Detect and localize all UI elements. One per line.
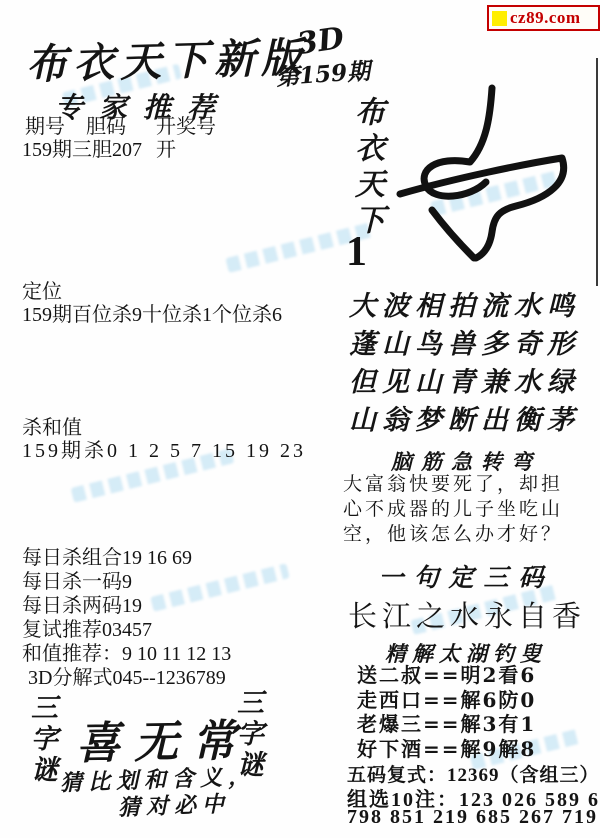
page-title: 布衣天下新版 <box>25 24 308 90</box>
one-sentence-heading: 一句定三码 <box>352 558 580 594</box>
group-select-line2: 798 851 219 685 267 719 <box>347 806 598 829</box>
taihu-line: 送二叔==明2看6 <box>357 663 536 688</box>
row-draw: 开 <box>156 139 176 161</box>
right-border-line <box>596 58 598 286</box>
daily-line: 每日杀一码9 <box>22 570 231 594</box>
poem-line: 但见山青兼水绿 <box>349 364 580 402</box>
expert-table-header: 期号 胆码 开奖号 <box>0 116 330 138</box>
col-issue: 期号 <box>25 116 65 138</box>
one-sentence-line: 长江之水永自香 <box>348 594 586 635</box>
lottery-sheet: cz89.com 布衣天下新版 3D 第159期 专家推荐 期号 胆码 开奖号 … <box>0 0 600 838</box>
daily-line: 每日杀两码19 <box>22 594 231 618</box>
handwritten-glyph <box>392 82 582 262</box>
daily-line: 复试推荐03457 <box>22 618 231 642</box>
taihu-line: 好下酒==解9解8 <box>357 737 536 762</box>
daily-line: 3D分解式045--1236789 <box>22 666 231 690</box>
poem-line: 大波相拍流水鸣 <box>349 288 580 326</box>
riddle-hint-line2: 猜对必中 <box>117 787 230 822</box>
daily-line: 和值推荐：9 10 11 12 13 <box>22 642 231 666</box>
yellow-square-icon <box>492 11 507 26</box>
brand-number: 1 <box>346 228 367 276</box>
site-badge[interactable]: cz89.com <box>487 5 600 31</box>
brainteaser-line: 大富翁快要死了，却担 <box>343 472 563 497</box>
brainteaser-text: 大富翁快要死了，却担 心不成器的儿子坐吃山 空，他该怎么办才好？ <box>343 472 563 547</box>
taihu-line: 老爆三==解3有1 <box>357 712 536 737</box>
issue-label: 第159期 <box>275 53 371 92</box>
col-draw: 开奖号 <box>156 116 216 138</box>
poem-line: 蓬山鸟兽多奇形 <box>349 326 580 364</box>
brand-vertical: 布衣天下 <box>344 96 388 246</box>
daily-line: 每日杀组合19 16 69 <box>22 546 231 570</box>
col-dan: 胆码 <box>86 116 126 138</box>
brainteaser-line: 空，他该怎么办才好？ <box>343 522 563 547</box>
expert-table-row: 159期三胆207 开 <box>0 139 330 161</box>
row-issue-dan: 159期三胆207 <box>22 139 142 161</box>
brainteaser-line: 心不成器的儿子坐吃山 <box>343 497 563 522</box>
riddle-side-left: 三字谜 <box>22 693 61 813</box>
poem: 大波相拍流水鸣 蓬山鸟兽多奇形 但见山青兼水绿 山翁梦断出衡茅 <box>349 288 580 440</box>
taihu-line: 走西口==解6防0 <box>357 688 536 713</box>
site-badge-label: cz89.com <box>510 8 581 28</box>
dingwei-line: 159期百位杀9十位杀1个位杀6 <box>22 298 282 327</box>
taihu-lines: 送二叔==明2看6 走西口==解6防0 老爆三==解3有1 好下酒==解9解8 <box>357 663 536 761</box>
daily-kill-block: 每日杀组合19 16 69 每日杀一码9 每日杀两码19 复试推荐03457 和… <box>22 546 231 690</box>
poem-line: 山翁梦断出衡茅 <box>349 402 580 440</box>
shahezhi-line: 159期杀0 1 2 5 7 15 19 23 <box>22 434 306 463</box>
